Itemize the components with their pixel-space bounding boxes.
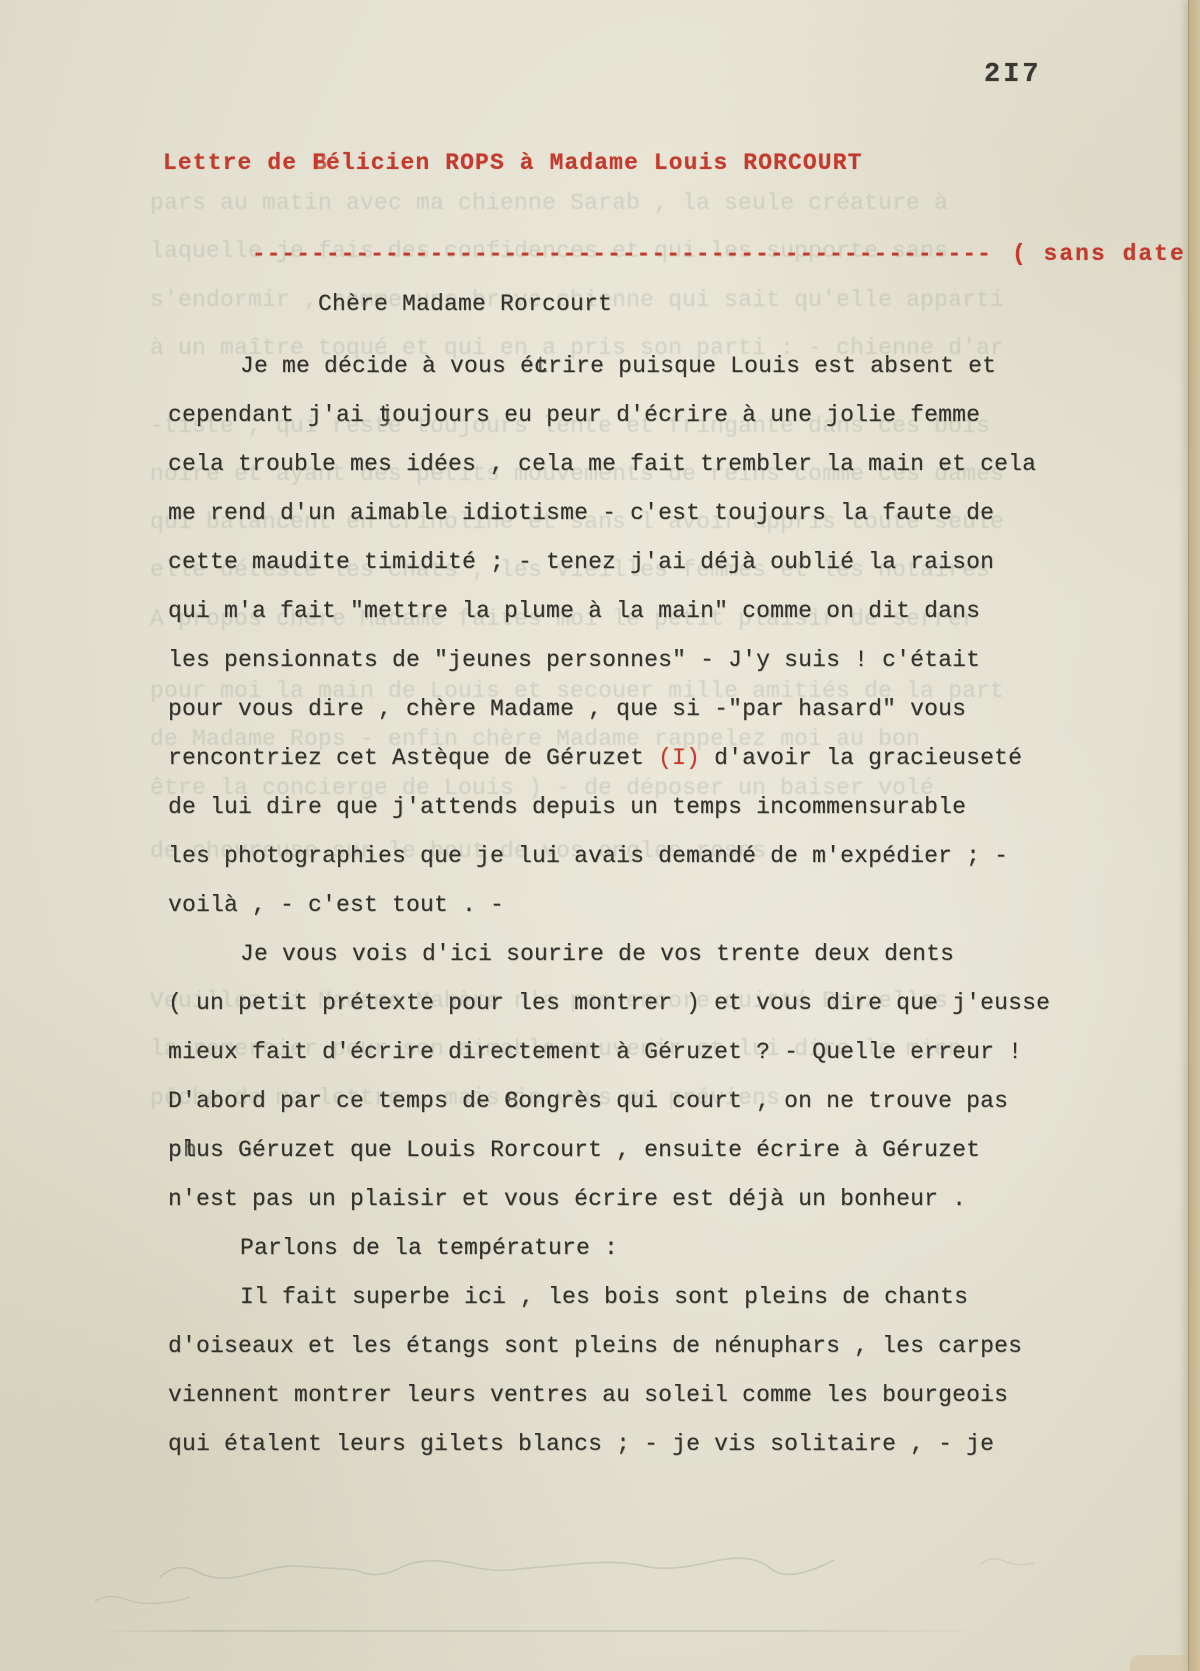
letter-line: voilà , - c'est tout . - [168,881,1128,930]
letter-line: cependant j'ai toujours eu peur d'écrire… [168,391,1128,440]
letter-line: Parlons de la température : [168,1224,1128,1273]
letter-line: les photographies que je lui avais deman… [168,832,1128,881]
letter-line: viennent montrer leurs ventres au soleil… [168,1371,1128,1420]
letter-body: Chère Madame Rorcourt Je me décide à vou… [168,280,1128,1469]
letter-line: me rend d'un aimable idiotisme - c'est t… [168,489,1128,538]
pencil-line [92,1630,970,1632]
letter-line: les pensionnats de "jeunes personnes" - … [168,636,1128,685]
letter-lines: Je me décide à vous écrire puisque Louis… [168,342,1128,1469]
pencil-annotation [0,1535,1200,1665]
scanned-letter-page: pars au matin avec ma chienne Sarab , la… [0,0,1200,1671]
page-edge [1188,0,1200,1671]
heading-title: Lettre de Félicien ROPS à Madame Louis R… [163,148,1200,178]
letter-line: qui m'a fait "mettre la plume à la main"… [168,587,1128,636]
letter-line: plus Géruzet que Louis Rorcourt , ensuit… [168,1126,1128,1175]
letter-line: d'oiseaux et les étangs sont pleins de n… [168,1322,1128,1371]
letter-line: pour vous dire , chère Madame , que si -… [168,685,1128,734]
letter-line: D'abord par ce temps de Congrès qui cour… [168,1077,1128,1126]
page-number: 2I7 [984,60,1042,90]
page-corner-shadow [1130,1655,1188,1671]
letter-line: de lui dire que j'attends depuis un temp… [168,783,1128,832]
letter-line: cela trouble mes idées , cela me fait tr… [168,440,1128,489]
letter-line: ( un petit prétexte pour les montrer ) e… [168,979,1128,1028]
date-note: ( sans date ) [1012,241,1200,267]
letter-line: rencontriez cet Astèque de Géruzet (I) d… [168,734,1128,783]
salutation: Chère Madame Rorcourt [168,280,1128,329]
letter-line: Je me décide à vous écrire puisque Louis… [168,342,1128,391]
letter-line: n'est pas un plaisir et vous écrire est … [168,1175,1128,1224]
letter-line: Il fait superbe ici , les bois sont plei… [168,1273,1128,1322]
letter-line: Je vous vois d'ici sourire de vos trente… [168,930,1128,979]
heading-underline: ----------------------------------------… [252,241,992,267]
letter-line: qui étalent leurs gilets blancs ; - je v… [168,1420,1128,1469]
letter-line: mieux fait d'écrire directement à Géruze… [168,1028,1128,1077]
letter-line: cette maudite timidité ; - tenez j'ai dé… [168,538,1128,587]
